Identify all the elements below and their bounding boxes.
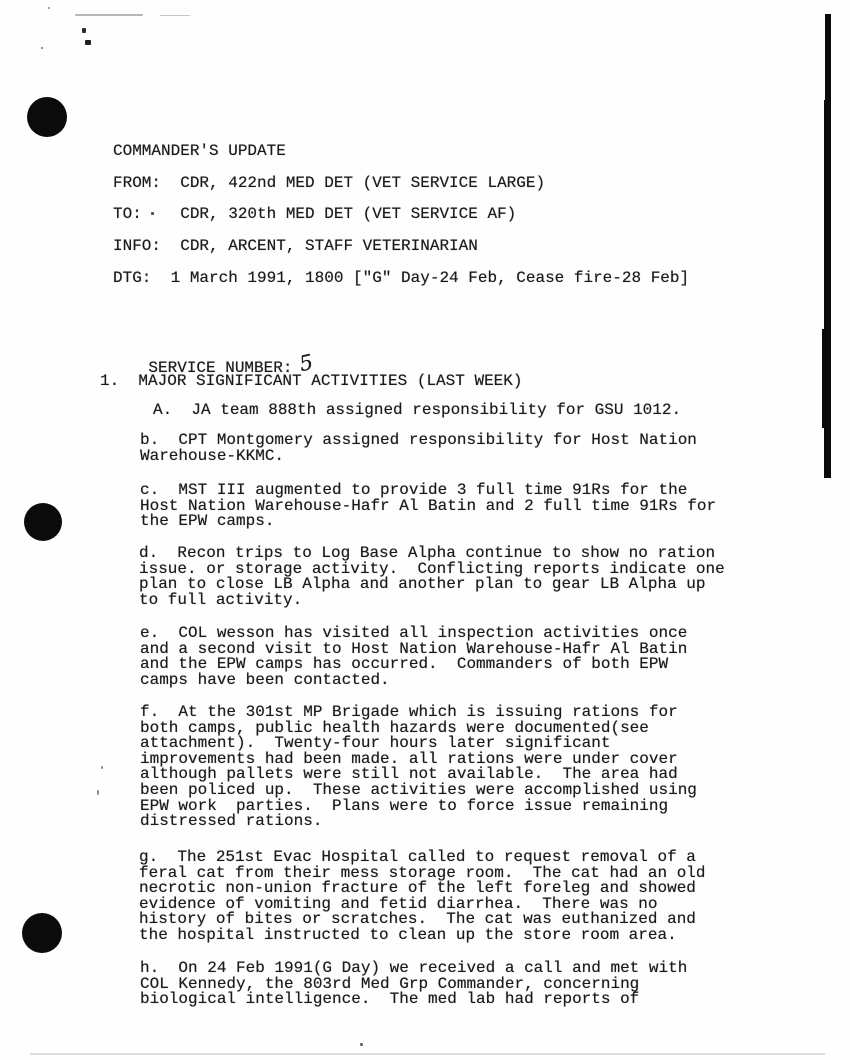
scan-speck (101, 766, 103, 769)
paragraph-a: A. JA team 888th assigned responsibility… (153, 403, 681, 419)
hole-punch-mark-middle (24, 503, 62, 541)
to-line: TO: CDR, 320th MED DET (VET SERVICE AF) (113, 206, 516, 222)
paragraph-c: c. MST III augmented to provide 3 full t… (140, 483, 716, 530)
scan-speck (82, 28, 86, 33)
hole-punch-mark-top (27, 97, 67, 137)
scan-edge-bar (822, 329, 831, 428)
paragraph-g: g. The 251st Evac Hospital called to req… (139, 850, 706, 944)
scan-speck (85, 40, 91, 45)
info-line: INFO: CDR, ARCENT, STAFF VETERINARIAN (113, 238, 478, 254)
page-bottom-scan-line (30, 1053, 825, 1055)
scan-speck (360, 1043, 363, 1046)
scan-edge-bar (825, 14, 831, 100)
section-1-heading: 1. MAJOR SIGNIFICANT ACTIVITIES (LAST WE… (100, 373, 522, 389)
scan-edge-bar (824, 100, 831, 329)
paragraph-d: d. Recon trips to Log Base Alpha continu… (139, 546, 725, 608)
scan-speck (41, 47, 43, 49)
from-line: FROM: CDR, 422nd MED DET (VET SERVICE LA… (113, 175, 545, 191)
paragraph-e: e. COL wesson has visited all inspection… (140, 626, 687, 688)
memo-title: COMMANDER'S UPDATE (113, 143, 286, 159)
scan-edge-bar (824, 428, 831, 478)
scan-speck (48, 7, 50, 9)
paragraph-h: h. On 24 Feb 1991(G Day) we received a c… (140, 961, 687, 1008)
hole-punch-mark-bottom (22, 913, 62, 953)
scan-speck (160, 15, 190, 16)
paragraph-f: f. At the 301st MP Brigade which is issu… (140, 705, 697, 830)
scan-speck (75, 14, 143, 16)
service-number-value-handwritten: 5 (299, 354, 315, 372)
scan-speck (97, 790, 99, 795)
scanned-memo-page: COMMANDER'S UPDATE FROM: CDR, 422nd MED … (0, 0, 850, 1060)
paragraph-b: b. CPT Montgomery assigned responsibilit… (140, 433, 697, 464)
dtg-line: DTG: 1 March 1991, 1800 ["G" Day-24 Feb,… (113, 270, 689, 286)
